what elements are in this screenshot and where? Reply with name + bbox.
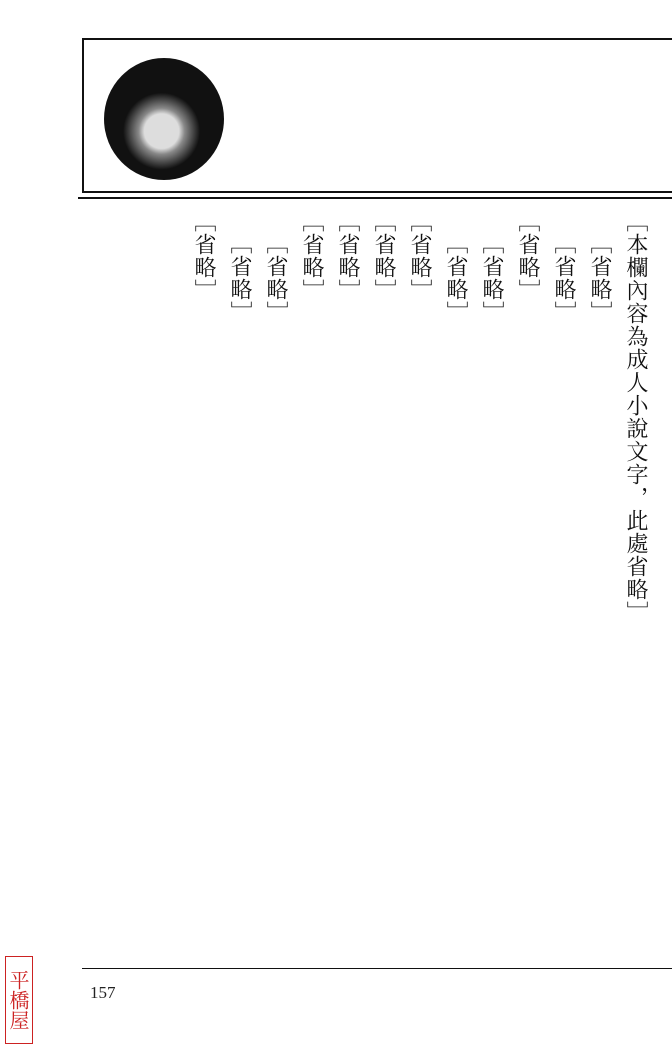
text-column: ［省略］ [548, 210, 578, 950]
text-column: ［省略］ [368, 210, 398, 950]
text-column: ［省略］ [296, 210, 326, 950]
page-number: 157 [90, 983, 116, 1003]
text-column: ［省略］ [260, 210, 290, 950]
text-column: ［省略］ [224, 210, 254, 950]
character-portrait-image [104, 58, 224, 180]
vertical-text-body: ［本欄內容為成人小說文字，此處省略］ ［省略］ ［省略］ ［省略］ ［省略］ ［… [120, 210, 650, 950]
text-column: ［省略］ [188, 210, 218, 950]
text-column: ［省略］ [584, 210, 614, 950]
text-column: ［省略］ [512, 210, 542, 950]
text-column: ［本欄內容為成人小說文字，此處省略］ [620, 210, 650, 950]
text-column: ［省略］ [476, 210, 506, 950]
header-divider [78, 197, 672, 199]
publisher-seal: 平橋屋 [5, 956, 33, 1044]
text-column: ［省略］ [332, 210, 362, 950]
text-column: ［省略］ [404, 210, 434, 950]
footer-divider [82, 968, 672, 969]
text-column: ［省略］ [440, 210, 470, 950]
